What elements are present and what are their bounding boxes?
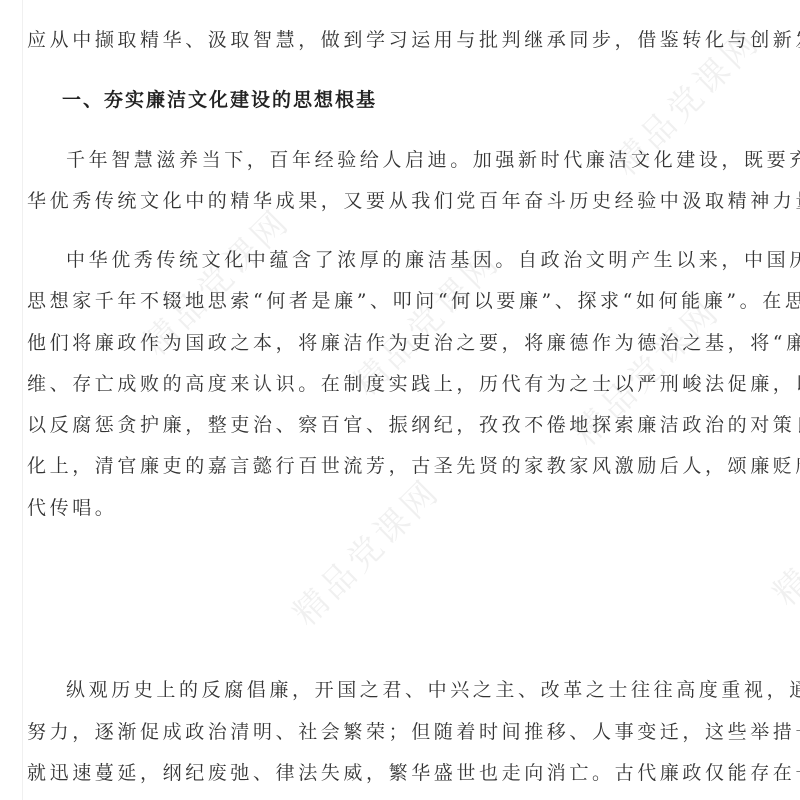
body-text-line: 努力，逐渐促成政治清明、社会繁荣；但随着时间推移、人事变迁，这些举措一旦松懈，腐… (27, 720, 777, 744)
body-text-line: 以反腐惩贪护廉，整吏治、察百官、振纲纪，孜孜不倦地探索廉洁政治的对策良方。在道德… (27, 413, 777, 437)
body-text-line: 就迅速蔓延，纲纪废弛、律法失威，繁华盛世也走向消亡。古代廉政仅能存在一时而无法长… (27, 761, 777, 785)
body-text-line: 思想家千年不辍地思索“何者是廉”、叩问“何以要廉”、探求“如何能廉”。在思想理论… (27, 289, 777, 313)
section-heading: 一、夯实廉洁文化建设的思想根基 (62, 88, 800, 112)
body-text-line: 代传唱。 (27, 496, 777, 520)
watermark: 精品党课网 (280, 466, 449, 635)
body-text-line: 他们将廉政作为国政之本，将廉洁作为吏治之要，将廉德作为德治之基，将“廉”提到国之… (27, 331, 777, 355)
paragraph-first-line: 纵观历史上的反腐倡廉，开国之君、中兴之主、改革之士往往高度重视，通过久久为功地 (66, 678, 800, 702)
body-text-line: 维、存亡成败的高度来认识。在制度实践上，历代有为之士以严刑峻法促廉，以监察机构督… (27, 372, 777, 396)
body-text-line: 华优秀传统文化中的精华成果，又要从我们党百年奋斗历史经验中汲取精神力量。 (27, 189, 777, 213)
body-text-line: 化上，清官廉吏的嘉言懿行百世流芳，古圣先贤的家教家风激励后人，颂廉贬腐的乡论民谣… (27, 454, 777, 478)
body-text-line: 应从中撷取精华、汲取智慧，做到学习运用与批判继承同步，借鉴转化与创新发展并举。 (27, 28, 777, 52)
paragraph-first-line: 千年智慧滋养当下，百年经验给人启迪。加强新时代廉洁文化建设，既要充分汲取运用中 (66, 148, 800, 172)
paragraph-first-line: 中华优秀传统文化中蕴含了浓厚的廉洁基因。自政治文明产生以来，中国历朝历代政治家、 (66, 248, 800, 272)
page-margin-line (22, 0, 23, 800)
document-page: 精品党课网 精品党课网 精品党课网 精品党课网 精品党课网 精品党课网 应从中撷… (0, 0, 800, 800)
